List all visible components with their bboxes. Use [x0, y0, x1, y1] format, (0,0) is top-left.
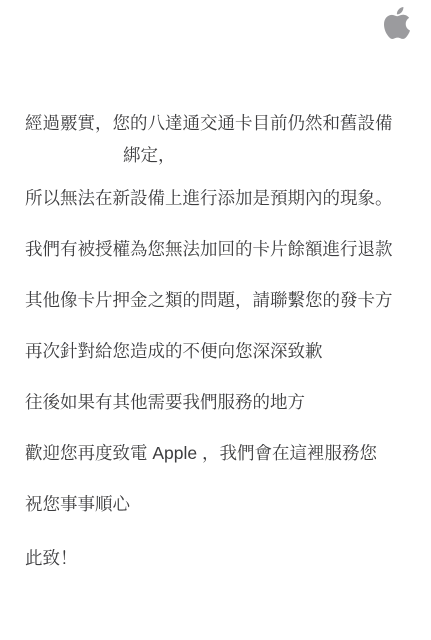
letter-paragraph: 經過覈實，您的八達通交通卡目前仍然和舊設備 綁定， — [25, 107, 417, 171]
paragraph-line-wrapped: 綁定， — [123, 139, 417, 171]
letter-paragraph: 我們有被授權為您無法加回的卡片餘額進行退款 — [25, 233, 417, 265]
paragraph-line: 經過覈實，您的八達通交通卡目前仍然和舊設備 — [25, 107, 417, 139]
letter-paragraph: 往後如果有其他需要我們服務的地方 — [25, 386, 417, 418]
letter-paragraph: 歡迎您再度致電 Apple ，我們會在這裡服務您 — [25, 437, 417, 469]
letter-paragraph: 所以無法在新設備上進行添加是預期內的現象。 — [25, 182, 417, 214]
letter-page: 經過覈實，您的八達通交通卡目前仍然和舊設備 綁定， 所以無法在新設備上進行添加是… — [0, 0, 431, 640]
letter-paragraph: 祝您事事順心 — [25, 488, 417, 520]
letter-body: 經過覈實，您的八達通交通卡目前仍然和舊設備 綁定， 所以無法在新設備上進行添加是… — [25, 107, 417, 593]
letter-closing: 此致！ — [25, 542, 417, 574]
apple-logo-icon — [384, 7, 410, 39]
letter-paragraph: 其他像卡片押金之類的問題，請聯繫您的發卡方 — [25, 284, 417, 316]
letter-paragraph: 再次針對給您造成的不便向您深深致歉 — [25, 335, 417, 367]
